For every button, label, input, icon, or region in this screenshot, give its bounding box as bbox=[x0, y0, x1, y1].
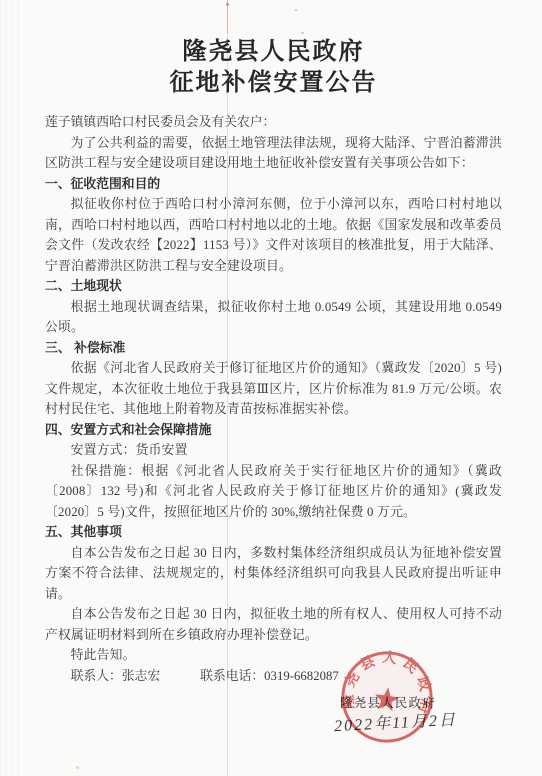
section-3-heading: 三、 补偿标准 bbox=[45, 338, 502, 359]
section-2-paragraph: 根据土地现状调查结果，拟征收你村土地 0.0549 公顷，其建设用地 0.054… bbox=[45, 297, 502, 338]
official-seal: 隆尧县人民政府 bbox=[332, 642, 443, 753]
document-title: 隆尧县人民政府 征地补偿安置公告 bbox=[45, 36, 502, 98]
scan-speck bbox=[295, 9, 297, 11]
section-4-paragraph-2: 社保措施：根据《河北省人民政府关于实行征地区片价的通知》（冀政〔2008〕132… bbox=[45, 461, 502, 523]
title-line-1: 隆尧县人民政府 bbox=[45, 36, 502, 67]
contact-person-label: 联系人： bbox=[71, 669, 122, 683]
scan-speck bbox=[301, 32, 304, 34]
contact-person-name: 张志宏 bbox=[122, 669, 160, 683]
section-2-heading: 二、土地现状 bbox=[45, 276, 502, 297]
section-1-paragraph: 拟征收你村位于西哈口村小漳河东侧，位于小漳河以东，西哈口村村地以南，西哈口村村地… bbox=[45, 194, 502, 276]
announcement-page: 隆尧县人民政府 征地补偿安置公告 莲子镇镇西哈口村民委员会及有关农户： 为了公共… bbox=[0, 0, 542, 776]
section-3-paragraph: 依据《河北省人民政府关于修订征地区片价的通知》（冀政发〔2020〕5 号)文件规… bbox=[45, 358, 502, 420]
section-4-paragraph-1: 安置方式：货币安置 bbox=[45, 440, 502, 461]
section-5-heading: 五、其他事项 bbox=[45, 522, 502, 543]
scan-speck bbox=[226, 3, 229, 6]
title-line-2: 征地补偿安置公告 bbox=[45, 67, 502, 98]
contact-phone-label: 联系电话： bbox=[200, 669, 264, 683]
document-body: 隆尧县人民政府 征地补偿安置公告 莲子镇镇西哈口村民委员会及有关农户： 为了公共… bbox=[45, 36, 502, 686]
section-5-paragraph-1: 自本公告发布之日起 30 日内，多数村集体经济组织成员认为征地补偿安置方案不符合… bbox=[45, 543, 502, 605]
intro-paragraph: 为了公共利益的需要，依据土地管理法律法规，现将大陆泽、宁晋泊蓄滞洪区防洪工程与安… bbox=[45, 133, 502, 174]
salutation: 莲子镇镇西哈口村民委员会及有关农户： bbox=[45, 112, 502, 133]
section-4-heading: 四、安置方式和社会保障措施 bbox=[45, 420, 502, 441]
section-5-paragraph-2: 自本公告发布之日起 30 日内，拟征收土地的所有权人、使用权人可持不动产权属证明… bbox=[45, 604, 502, 645]
contact-phone-number: 0319-6682087 bbox=[264, 669, 339, 683]
scan-edge-artifact bbox=[0, 0, 22, 776]
scan-speck bbox=[76, 766, 79, 769]
section-1-heading: 一、征收范围和目的 bbox=[45, 174, 502, 195]
